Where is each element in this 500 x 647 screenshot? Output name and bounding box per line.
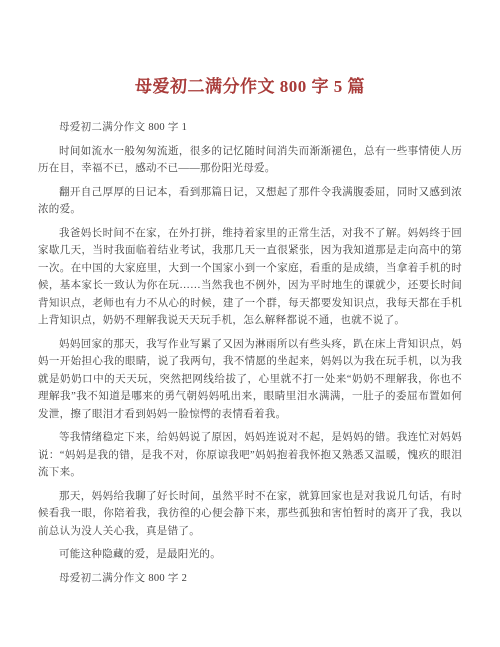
doc-title: 母爱初二满分作文 800 字 5 篇	[38, 72, 462, 97]
document-page: 母爱初二满分作文 800 字 5 篇 母爱初二满分作文 800 字 1 时间如流…	[0, 0, 500, 647]
paragraph: 时间如流水一般匆匆流逝，很多的记忆随时间消失而渐渐褪色，总有一些事情使人历历在目…	[38, 143, 462, 178]
doc-body: 母爱初二满分作文 800 字 1 时间如流水一般匆匆流逝，很多的记忆随时间消失而…	[38, 119, 462, 587]
paragraph: 我爸妈长时间不在家，在外打拼，维持着家里的正常生活，对我不了解。妈妈终于回家歇几…	[38, 225, 462, 330]
paragraph: 等我情绪稳定下来，给妈妈说了原因，妈妈连说对不起，是妈妈的错。我连忙对妈妈说：“…	[38, 429, 462, 482]
paragraph: 翻开自己厚厚的日记本，看到那篇日记，又想起了那件令我满腹委屈，同时又感到浓浓的爱…	[38, 184, 462, 219]
paragraph-heading-2: 母爱初二满分作文 800 字 2	[38, 570, 462, 588]
paragraph: 可能这种隐藏的爱，是最阳光的。	[38, 546, 462, 564]
paragraph: 那天，妈妈给我聊了好长时间，虽然平时不在家，就算回家也是对我说几句话，有时候看我…	[38, 488, 462, 541]
paragraph: 妈妈回家的那天，我写作业写累了又因为淋雨所以有些头疼，趴在床上背知识点，妈妈一开…	[38, 336, 462, 424]
paragraph-heading-1: 母爱初二满分作文 800 字 1	[38, 119, 462, 137]
